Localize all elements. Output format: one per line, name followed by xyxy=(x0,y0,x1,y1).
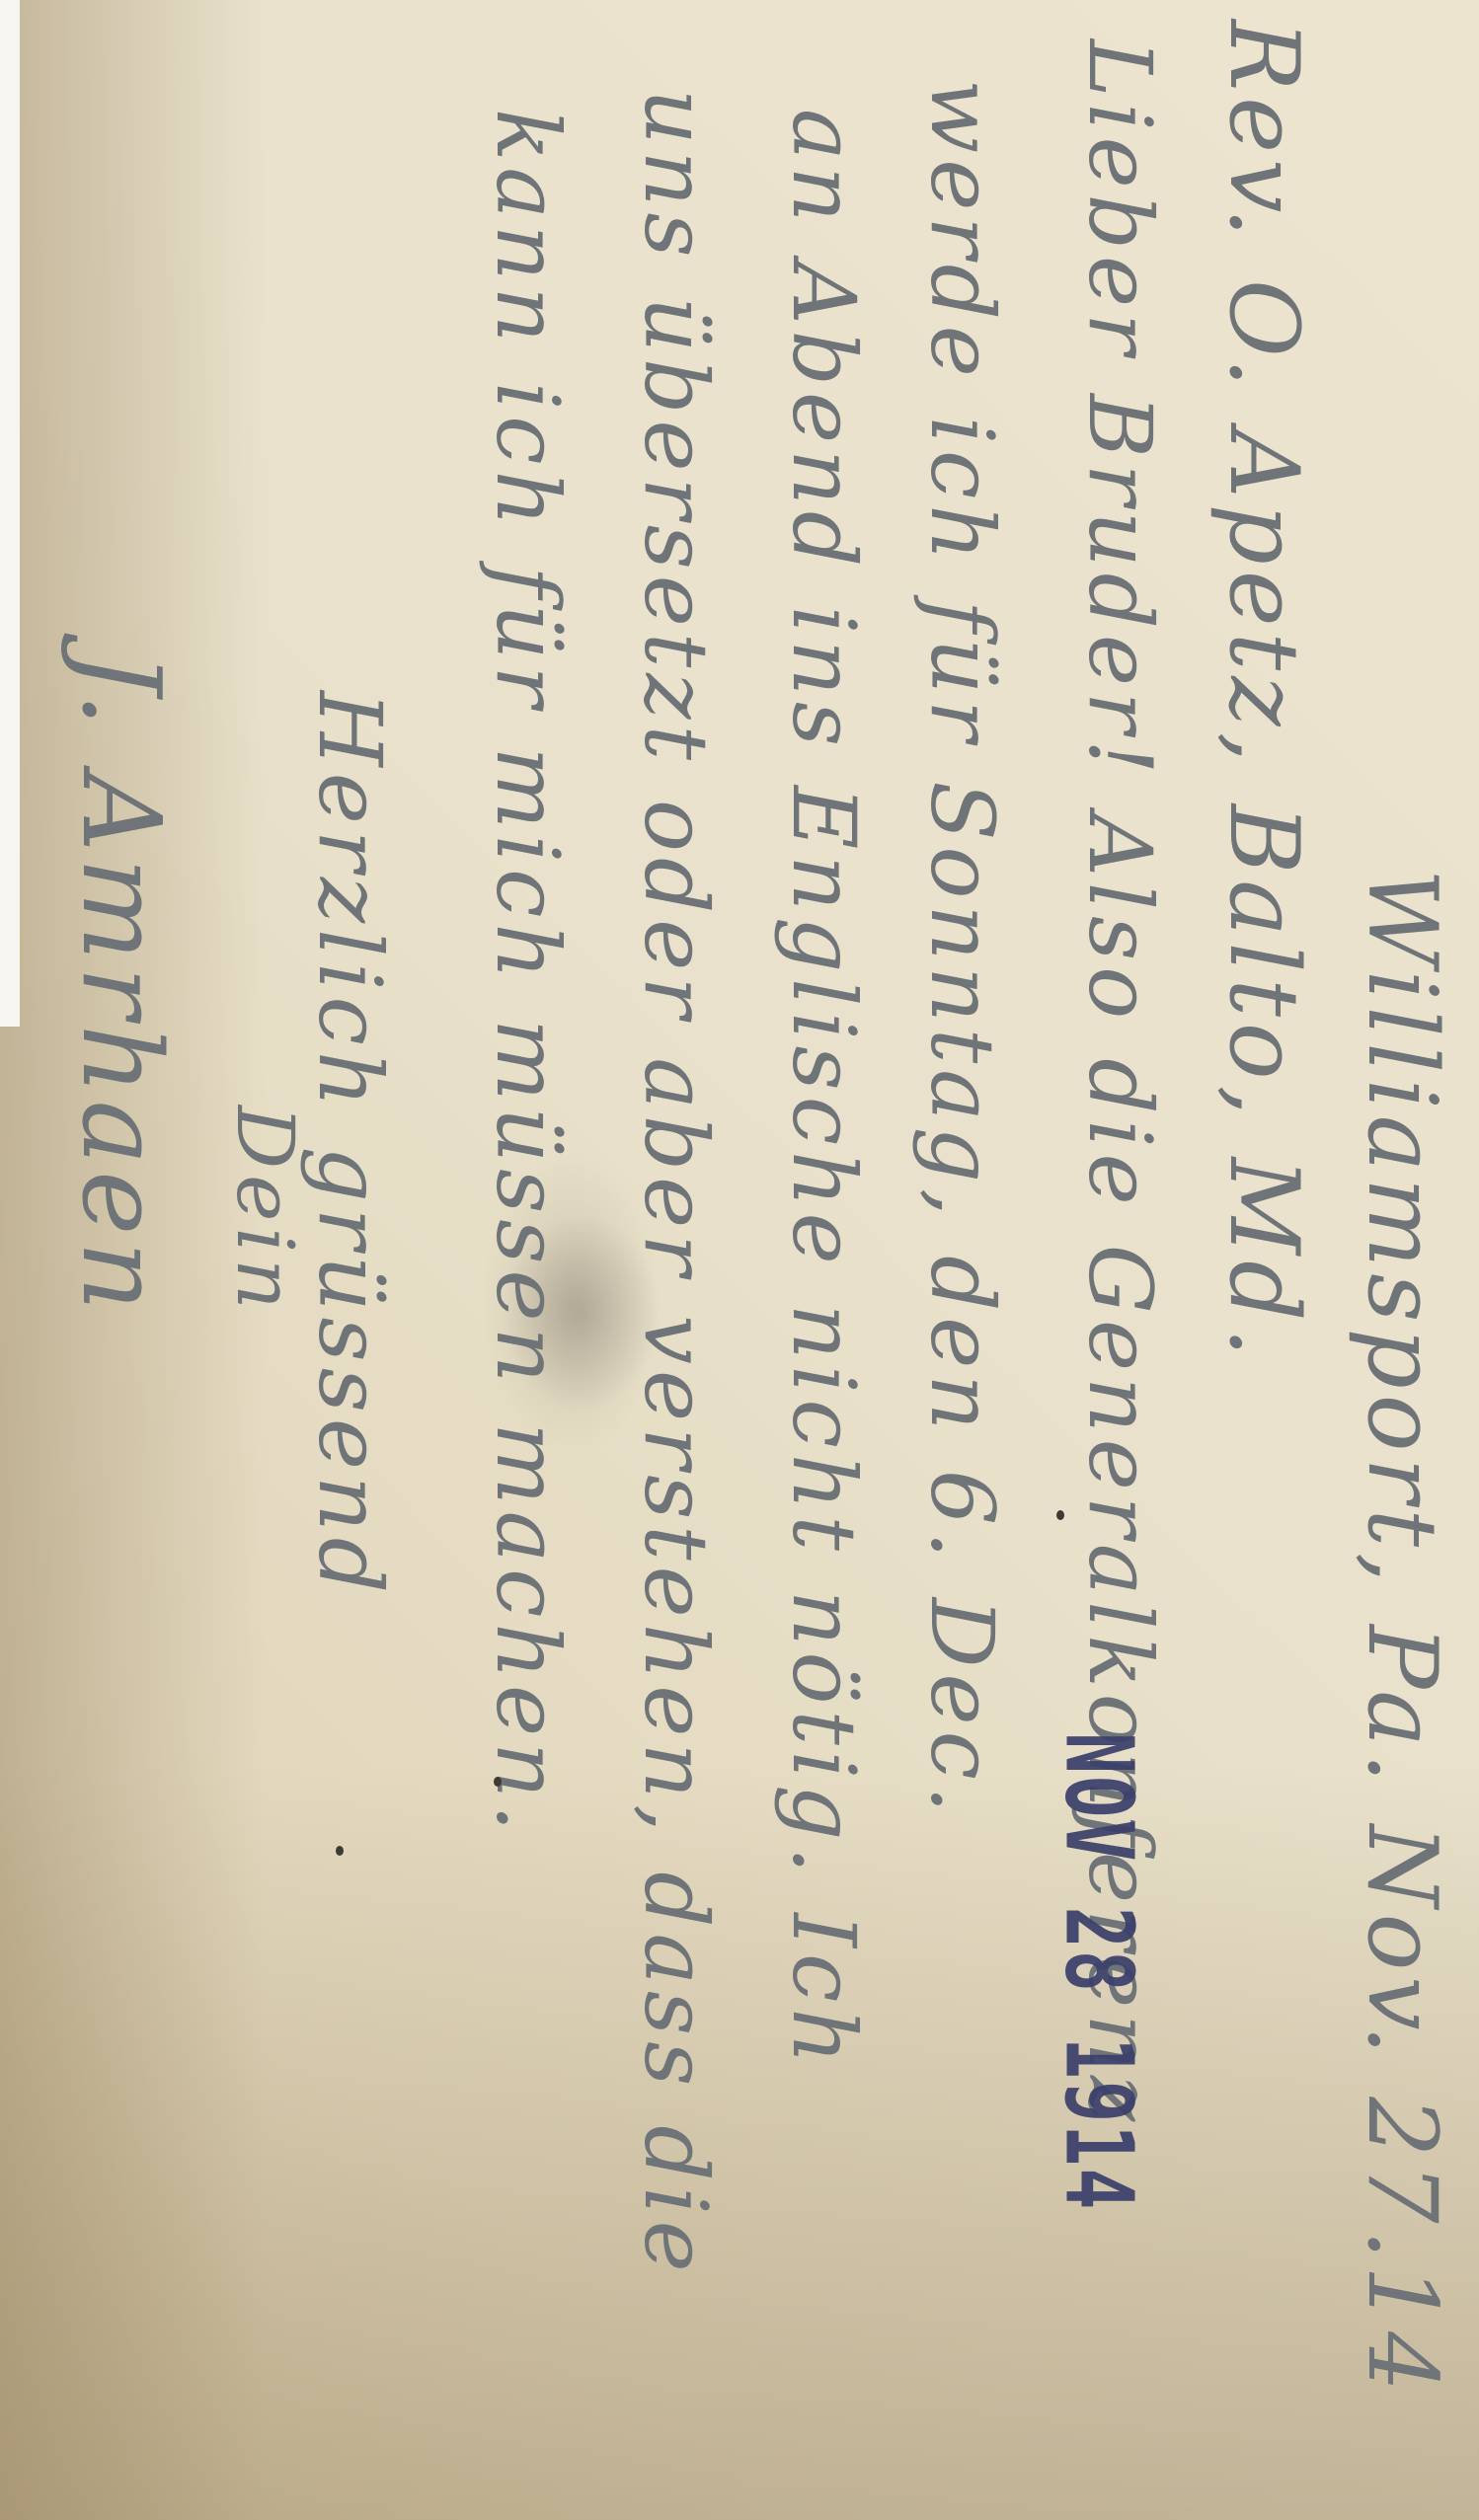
addressee-line: Rev. O. Apetz, Balto, Md. xyxy=(1216,20,1311,1363)
page-frame: Williamsport, Pa. Nov. 27.14 Rev. O. Ape… xyxy=(0,0,1479,2520)
ink-dot xyxy=(494,1777,502,1787)
postcard: Williamsport, Pa. Nov. 27.14 Rev. O. Ape… xyxy=(0,0,1479,2520)
place-date-line: Williamsport, Pa. Nov. 27.14 xyxy=(1355,869,1449,2398)
body-line: an Abend ins Englische nicht nötig. Ich xyxy=(780,109,867,2070)
body-line: kann ich für mich müssen machen. xyxy=(484,109,571,1838)
closing-line: Herzlich grüssend xyxy=(306,691,393,1599)
closing-word: Dein xyxy=(225,1106,304,1316)
received-date-stamp: NOV 28 1914 xyxy=(1044,1732,1153,2212)
ink-dot xyxy=(336,1846,344,1856)
body-line: uns übersetzt oder aber verstehen, dass … xyxy=(632,89,719,2278)
ink-dot xyxy=(1056,1510,1064,1520)
paper-edge xyxy=(0,0,20,1027)
body-line: werde ich für Sonntag, den 6. Dec. xyxy=(918,79,1005,1819)
signature: J. Amrhaen xyxy=(67,651,176,1317)
